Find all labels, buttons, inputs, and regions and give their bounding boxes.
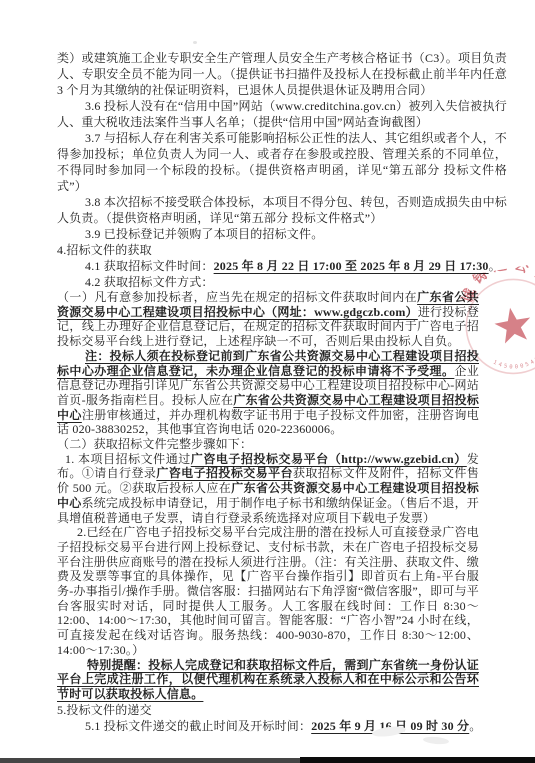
paragraph-sub-1: （一）凡有意参加投标者，应当先在规定的招标文件获取时间内在广东省公共资源交易中心… — [57, 290, 479, 349]
scan-artifact — [193, 41, 197, 44]
seal-star-icon — [492, 305, 534, 345]
paragraph-item-5-1: 5.1 投标文件递交的截止时间及开标时间：2025 年 9 月 16 日 09 … — [57, 718, 507, 734]
text-run: 3.8 本次招标不接受联合体投标，本项目不得分包、转包，否则造成损失由中标人负责… — [57, 195, 507, 225]
paragraph-heading-5: 5.投标文件的递交 — [57, 702, 507, 718]
paragraph-item-3-9: 3.9 已投标登记并领购了本项目的招标文件。 — [57, 226, 507, 242]
text-run: 系统完成投标申请登记，用于制作电子标书和缴纳保证金。（售后不退，开具增值税普通电… — [57, 496, 479, 525]
scan-artifact — [423, 736, 450, 745]
text-run: （一）凡有意参加投标者，应当先在规定的招标文件获取时间内在 — [57, 290, 417, 304]
text-run: 3.7 与招标人存在利害关系可能影响招标公正性的法人、其它组织或者个人，不得参加… — [57, 131, 507, 193]
text-run: （二）获取招标文件完整步骤如下： — [57, 437, 252, 451]
text-run: 注：投标人须在投标登记前到广东省公共资源交易中心工程建设项目招投标中心办理企业信… — [57, 349, 479, 378]
text-run: 广咨电子招投标交易平台 — [156, 466, 293, 480]
text-run: 3.6 投标人没有在“信用中国”网站（www.creditchina.gov.c… — [57, 99, 507, 129]
paragraph-cont-c3: 类）或建筑施工企业专职安全生产管理人员安全生产考核合格证书（C3）。项目负责人、… — [57, 50, 507, 98]
paragraph-heading-4: 4.招标文件的获取 — [57, 242, 507, 258]
text-run: 5.1 投标文件递交的截止时间及开标时间： — [85, 719, 311, 733]
paragraph-step-2: 2.已经在广咨电子招投标交易平台完成注册的潜在投标人可直接登录广咨电子招投标交易… — [57, 525, 479, 657]
scan-edge-bar-right — [300, 757, 535, 763]
paragraph-note: 注：投标人须在投标登记前到广东省公共资源交易中心工程建设项目招投标中心办理企业信… — [57, 349, 479, 437]
text-run: 2.已经在广咨电子招投标交易平台完成注册的潜在投标人可直接登录广咨电子招投标交易… — [57, 525, 479, 657]
paragraph-item-3-7: 3.7 与招标人存在利害关系可能影响招标公正性的法人、其它组织或者个人，不得参加… — [57, 130, 507, 194]
text-run: 特别提醒：投标人完成登记和获取招标文件后，需到广东省统一身份认证平台上完成注册工… — [57, 658, 479, 701]
paragraph-step-1: 1. 本项目招标文件通过广咨电子招投标交易平台（http://www.gzebi… — [57, 452, 479, 526]
text-run: 3.9 已投标登记并领购了本项目的招标文件。 — [85, 227, 323, 241]
paragraph-sub-2: （二）获取招标文件完整步骤如下： — [57, 437, 479, 452]
text-run: 类）或建筑施工企业专职安全生产管理人员安全生产考核合格证书（C3）。项目负责人、… — [57, 51, 507, 97]
document-body: 类）或建筑施工企业专职安全生产管理人员安全生产考核合格证书（C3）。项目负责人、… — [57, 50, 507, 734]
text-run: 1. 本项目招标文件通过 — [65, 452, 191, 466]
paragraph-item-4-2: 4.2 获取招标文件方式： — [57, 274, 507, 290]
paragraph-special-reminder: 特别提醒：投标人完成登记和获取招标文件后，需到广东省统一身份认证平台上完成注册工… — [57, 658, 479, 702]
document-page: 类）或建筑施工企业专职安全生产管理人员安全生产考核合格证书（C3）。项目负责人、… — [0, 0, 535, 763]
text-run: 。 — [469, 719, 481, 733]
text-run: 广咨电子招投标交易平台（http://www.gzebid.cn） — [191, 452, 467, 466]
seal-graphic: 诚铸造公司 1450005438 — [453, 259, 535, 381]
text-run: 4.2 获取招标文件方式： — [85, 275, 214, 289]
paragraph-item-4-1: 4.1 获取招标文件时间：2025 年 8 月 22 日 17:00 至 202… — [57, 258, 507, 274]
text-run: 4.1 获取招标文件时间： — [85, 259, 214, 273]
text-run: 5.投标文件的递交 — [57, 703, 152, 717]
paragraph-item-3-8: 3.8 本次招标不接受联合体投标，本项目不得分包、转包，否则造成损失由中标人负责… — [57, 194, 507, 226]
paragraph-item-3-6: 3.6 投标人没有在“信用中国”网站（www.creditchina.gov.c… — [57, 98, 507, 130]
text-run: 注册审核通过，并办理机构数字证书用于电子投标文件加密，注册咨询电话 020-38… — [57, 408, 479, 437]
scan-edge-bar-left — [0, 758, 300, 763]
text-run: 4.招标文件的获取 — [57, 243, 152, 257]
text-run: 2025 年 8 月 22 日 17:00 至 2025 年 8 月 29 日 … — [214, 259, 489, 273]
